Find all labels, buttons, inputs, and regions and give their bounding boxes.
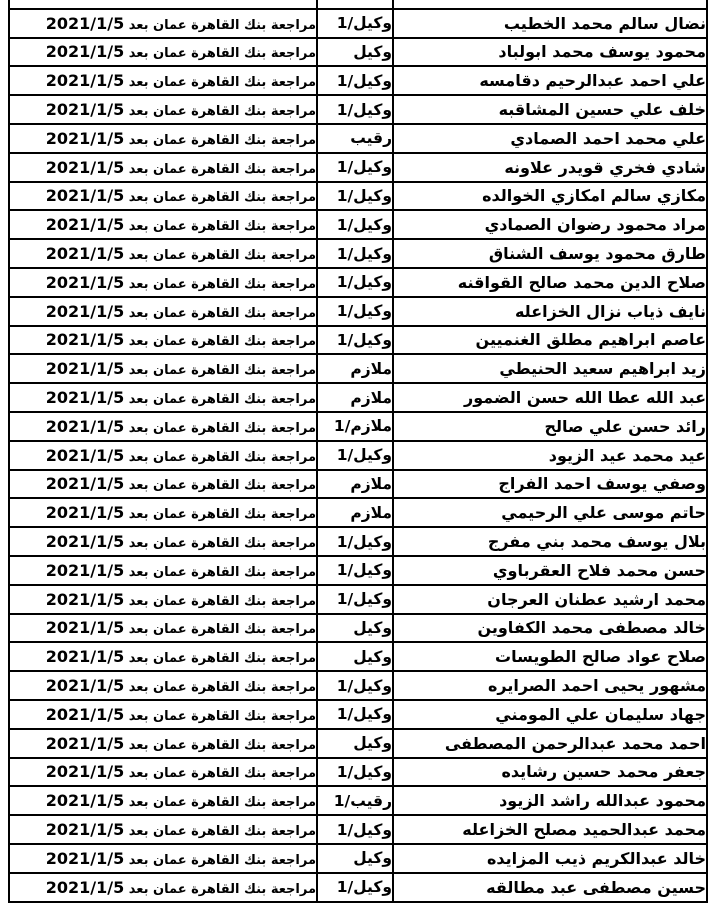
rank-cell: وكيل <box>317 729 393 758</box>
name-cell: بلال يوسف محمد بني مفرج <box>393 527 707 556</box>
note-text: مراجعة بنك القاهرة عمان بعد <box>129 680 316 695</box>
note-cell: مراجعة بنك القاهرة عمان بعد 2021/1/5 <box>9 412 317 441</box>
rank-cell: ملازم <box>317 354 393 383</box>
note-cell: مراجعة بنك القاهرة عمان بعد 2021/1/5 <box>9 268 317 297</box>
note-cell: مراجعة بنك القاهرة عمان بعد 2021/1/5 <box>9 758 317 787</box>
note-date: 2021/1/5 <box>46 14 124 33</box>
note-date: 2021/1/5 <box>46 849 124 868</box>
note-date: 2021/1/5 <box>46 791 124 810</box>
note-text: مراجعة بنك القاهرة عمان بعد <box>129 565 316 580</box>
note-text: مراجعة بنك القاهرة عمان بعد <box>129 766 316 781</box>
note-date: 2021/1/5 <box>46 762 124 781</box>
rank-cell: وكيل <box>317 614 393 643</box>
note-date: 2021/1/5 <box>46 244 124 263</box>
note-cell: مراجعة بنك القاهرة عمان بعد 2021/1/5 <box>9 527 317 556</box>
rank-cell: وكيل/1 <box>317 268 393 297</box>
name-cell: جعفر محمد حسين رشايده <box>393 758 707 787</box>
name-cell: محمد عبدالحميد مصلح الخزاعله <box>393 815 707 844</box>
table-row: محمد عبدالحميد مصلح الخزاعله وكيل/1 مراج… <box>9 815 707 844</box>
name-cell: خالد مصطفى محمد الكفاوين <box>393 614 707 643</box>
rank-cell: وكيل/1 <box>317 9 393 38</box>
name-cell: زيد ابراهيم سعيد الحنيطي <box>393 354 707 383</box>
note-cell: مراجعة بنك القاهرة عمان بعد 2021/1/5 <box>9 671 317 700</box>
note-date: 2021/1/5 <box>46 100 124 119</box>
note-text: مراجعة بنك القاهرة عمان بعد <box>129 277 316 292</box>
note-cell: مراجعة بنك القاهرة عمان بعد 2021/1/5 <box>9 124 317 153</box>
rank-cell: وكيل <box>317 38 393 67</box>
note-date: 2021/1/5 <box>46 273 124 292</box>
rank-cell <box>317 0 393 9</box>
note-cell: مراجعة بنك القاهرة عمان بعد 2021/1/5 <box>9 66 317 95</box>
name-cell: وصفي يوسف احمد الفراج <box>393 470 707 499</box>
rank-cell: وكيل/1 <box>317 758 393 787</box>
note-text: مراجعة بنك القاهرة عمان بعد <box>129 421 316 436</box>
note-text: مراجعة بنك القاهرة عمان بعد <box>129 306 316 321</box>
rank-cell: وكيل/1 <box>317 153 393 182</box>
note-text: مراجعة بنك القاهرة عمان بعد <box>129 795 316 810</box>
note-cell: مراجعة بنك القاهرة عمان بعد 2021/1/5 <box>9 326 317 355</box>
name-cell: حسن محمد فلاح العقرباوي <box>393 556 707 585</box>
note-cell: مراجعة بنك القاهرة عمان بعد 2021/1/5 <box>9 441 317 470</box>
note-cell: مراجعة بنك القاهرة عمان بعد 2021/1/5 <box>9 844 317 873</box>
note-date: 2021/1/5 <box>46 71 124 90</box>
rank-cell: وكيل/1 <box>317 527 393 556</box>
note-text: مراجعة بنك القاهرة عمان بعد <box>129 392 316 407</box>
rank-cell: ملازم <box>317 383 393 412</box>
note-date: 2021/1/5 <box>46 42 124 61</box>
table-row: نايف ذياب نزال الخزاعله وكيل/1 مراجعة بن… <box>9 297 707 326</box>
note-text: مراجعة بنك القاهرة عمان بعد <box>129 824 316 839</box>
note-text: مراجعة بنك القاهرة عمان بعد <box>129 46 316 61</box>
rank-cell: وكيل/1 <box>317 210 393 239</box>
table-row: عيد محمد عيد الزيود وكيل/1 مراجعة بنك ال… <box>9 441 707 470</box>
note-cell: مراجعة بنك القاهرة عمان بعد 2021/1/5 <box>9 700 317 729</box>
table-row: زيد ابراهيم سعيد الحنيطي ملازم مراجعة بن… <box>9 354 707 383</box>
table-row: عبد الله عطا الله حسن الضمور ملازم مراجع… <box>9 383 707 412</box>
rank-cell: وكيل/1 <box>317 441 393 470</box>
note-text: مراجعة بنك القاهرة عمان بعد <box>129 478 316 493</box>
rank-cell: وكيل/1 <box>317 182 393 211</box>
table-row: عاصم ابراهيم مطلق الغنميين وكيل/1 مراجعة… <box>9 326 707 355</box>
note-cell <box>9 0 317 9</box>
rank-cell: وكيل/1 <box>317 239 393 268</box>
note-cell: مراجعة بنك القاهرة عمان بعد 2021/1/5 <box>9 297 317 326</box>
name-cell <box>393 0 707 9</box>
table-row: مشهور يحيى احمد الصرايره وكيل/1 مراجعة ب… <box>9 671 707 700</box>
note-date: 2021/1/5 <box>46 388 124 407</box>
name-cell: حاتم موسى علي الرحيمي <box>393 498 707 527</box>
name-cell: صلاح الدين محمد صالح القواقنه <box>393 268 707 297</box>
rank-cell: وكيل <box>317 844 393 873</box>
name-cell: علي احمد عبدالرحيم دقامسه <box>393 66 707 95</box>
note-text: مراجعة بنك القاهرة عمان بعد <box>129 594 316 609</box>
note-cell: مراجعة بنك القاهرة عمان بعد 2021/1/5 <box>9 786 317 815</box>
note-date: 2021/1/5 <box>46 878 124 897</box>
table-row: محمد ارشيد عطنان العرجان وكيل/1 مراجعة ب… <box>9 585 707 614</box>
note-date: 2021/1/5 <box>46 503 124 522</box>
table-row: شادي فخري قويدر علاونه وكيل/1 مراجعة بنك… <box>9 153 707 182</box>
table-row: حسين مصطفى عبد مطالقه وكيل/1 مراجعة بنك … <box>9 873 707 902</box>
name-cell: محمود يوسف محمد ابولباد <box>393 38 707 67</box>
name-cell: عيد محمد عيد الزيود <box>393 441 707 470</box>
note-date: 2021/1/5 <box>46 590 124 609</box>
table-row: مراد محمود رضوان الصمادي وكيل/1 مراجعة ب… <box>9 210 707 239</box>
rank-cell: ملازم/1 <box>317 412 393 441</box>
table-row: محمود يوسف محمد ابولباد وكيل مراجعة بنك … <box>9 38 707 67</box>
note-text: مراجعة بنك القاهرة عمان بعد <box>129 709 316 724</box>
note-cell: مراجعة بنك القاهرة عمان بعد 2021/1/5 <box>9 614 317 643</box>
table-row: جهاد سليمان علي المومني وكيل/1 مراجعة بن… <box>9 700 707 729</box>
rank-cell: ملازم <box>317 470 393 499</box>
note-date: 2021/1/5 <box>46 561 124 580</box>
note-cell: مراجعة بنك القاهرة عمان بعد 2021/1/5 <box>9 182 317 211</box>
table-row: علي احمد عبدالرحيم دقامسه وكيل/1 مراجعة … <box>9 66 707 95</box>
rank-cell: وكيل/1 <box>317 297 393 326</box>
name-cell: عاصم ابراهيم مطلق الغنميين <box>393 326 707 355</box>
rank-cell: وكيل/1 <box>317 671 393 700</box>
rank-cell: وكيل/1 <box>317 585 393 614</box>
rank-cell: وكيل/1 <box>317 326 393 355</box>
name-cell: رائد حسن علي صالح <box>393 412 707 441</box>
name-cell: خلف علي حسين المشاقبه <box>393 95 707 124</box>
name-cell: علي محمد احمد الصمادي <box>393 124 707 153</box>
table-row: خالد مصطفى محمد الكفاوين وكيل مراجعة بنك… <box>9 614 707 643</box>
name-cell: محمد ارشيد عطنان العرجان <box>393 585 707 614</box>
note-date: 2021/1/5 <box>46 215 124 234</box>
table-row: محمود عبدالله راشد الزيود رقيب/1 مراجعة … <box>9 786 707 815</box>
table-row: وصفي يوسف احمد الفراج ملازم مراجعة بنك ا… <box>9 470 707 499</box>
name-cell: مشهور يحيى احمد الصرايره <box>393 671 707 700</box>
table-row: حسن محمد فلاح العقرباوي وكيل/1 مراجعة بن… <box>9 556 707 585</box>
table-row: احمد محمد عبدالرحمن المصطفى وكيل مراجعة … <box>9 729 707 758</box>
rank-cell: وكيل/1 <box>317 815 393 844</box>
personnel-review-table: نضال سالم محمد الخطيب وكيل/1 مراجعة بنك … <box>8 0 708 903</box>
note-date: 2021/1/5 <box>46 129 124 148</box>
name-cell: مراد محمود رضوان الصمادي <box>393 210 707 239</box>
table-body: نضال سالم محمد الخطيب وكيل/1 مراجعة بنك … <box>9 0 707 902</box>
note-date: 2021/1/5 <box>46 417 124 436</box>
note-date: 2021/1/5 <box>46 820 124 839</box>
table-row: خلف علي حسين المشاقبه وكيل/1 مراجعة بنك … <box>9 95 707 124</box>
rank-cell: وكيل/1 <box>317 873 393 902</box>
note-text: مراجعة بنك القاهرة عمان بعد <box>129 334 316 349</box>
rank-cell: وكيل/1 <box>317 66 393 95</box>
note-text: مراجعة بنك القاهرة عمان بعد <box>129 363 316 378</box>
table-row: طارق محمود يوسف الشناق وكيل/1 مراجعة بنك… <box>9 239 707 268</box>
table-row: بلال يوسف محمد بني مفرج وكيل/1 مراجعة بن… <box>9 527 707 556</box>
table-row: حاتم موسى علي الرحيمي ملازم مراجعة بنك ا… <box>9 498 707 527</box>
note-text: مراجعة بنك القاهرة عمان بعد <box>129 651 316 666</box>
name-cell: طارق محمود يوسف الشناق <box>393 239 707 268</box>
note-date: 2021/1/5 <box>46 618 124 637</box>
note-cell: مراجعة بنك القاهرة عمان بعد 2021/1/5 <box>9 38 317 67</box>
name-cell: نضال سالم محمد الخطيب <box>393 9 707 38</box>
note-text: مراجعة بنك القاهرة عمان بعد <box>129 75 316 90</box>
name-cell: محمود عبدالله راشد الزيود <box>393 786 707 815</box>
name-cell: عبد الله عطا الله حسن الضمور <box>393 383 707 412</box>
name-cell: جهاد سليمان علي المومني <box>393 700 707 729</box>
note-date: 2021/1/5 <box>46 734 124 753</box>
rank-cell: رقيب <box>317 124 393 153</box>
note-date: 2021/1/5 <box>46 474 124 493</box>
rank-cell: وكيل/1 <box>317 95 393 124</box>
note-cell: مراجعة بنك القاهرة عمان بعد 2021/1/5 <box>9 470 317 499</box>
table-row: مكازي سالم امكازي الخوالده وكيل/1 مراجعة… <box>9 182 707 211</box>
note-cell: مراجعة بنك القاهرة عمان بعد 2021/1/5 <box>9 642 317 671</box>
note-text: مراجعة بنك القاهرة عمان بعد <box>129 18 316 33</box>
name-cell: مكازي سالم امكازي الخوالده <box>393 182 707 211</box>
note-text: مراجعة بنك القاهرة عمان بعد <box>129 507 316 522</box>
note-text: مراجعة بنك القاهرة عمان بعد <box>129 133 316 148</box>
note-cell: مراجعة بنك القاهرة عمان بعد 2021/1/5 <box>9 815 317 844</box>
note-cell: مراجعة بنك القاهرة عمان بعد 2021/1/5 <box>9 354 317 383</box>
document-page: نضال سالم محمد الخطيب وكيل/1 مراجعة بنك … <box>0 0 714 917</box>
note-date: 2021/1/5 <box>46 186 124 205</box>
note-date: 2021/1/5 <box>46 359 124 378</box>
note-text: مراجعة بنك القاهرة عمان بعد <box>129 162 316 177</box>
note-text: مراجعة بنك القاهرة عمان بعد <box>129 450 316 465</box>
note-date: 2021/1/5 <box>46 330 124 349</box>
note-cell: مراجعة بنك القاهرة عمان بعد 2021/1/5 <box>9 95 317 124</box>
note-cell: مراجعة بنك القاهرة عمان بعد 2021/1/5 <box>9 239 317 268</box>
name-cell: حسين مصطفى عبد مطالقه <box>393 873 707 902</box>
table-row-partial <box>9 0 707 9</box>
note-cell: مراجعة بنك القاهرة عمان بعد 2021/1/5 <box>9 556 317 585</box>
table-row: علي محمد احمد الصمادي رقيب مراجعة بنك ال… <box>9 124 707 153</box>
note-date: 2021/1/5 <box>46 705 124 724</box>
note-date: 2021/1/5 <box>46 532 124 551</box>
note-text: مراجعة بنك القاهرة عمان بعد <box>129 536 316 551</box>
name-cell: شادي فخري قويدر علاونه <box>393 153 707 182</box>
rank-cell: وكيل/1 <box>317 700 393 729</box>
name-cell: خالد عبدالكريم ذيب المزايده <box>393 844 707 873</box>
note-text: مراجعة بنك القاهرة عمان بعد <box>129 248 316 263</box>
note-cell: مراجعة بنك القاهرة عمان بعد 2021/1/5 <box>9 873 317 902</box>
table-row: رائد حسن علي صالح ملازم/1 مراجعة بنك الق… <box>9 412 707 441</box>
note-cell: مراجعة بنك القاهرة عمان بعد 2021/1/5 <box>9 729 317 758</box>
note-date: 2021/1/5 <box>46 302 124 321</box>
rank-cell: رقيب/1 <box>317 786 393 815</box>
table-row: خالد عبدالكريم ذيب المزايده وكيل مراجعة … <box>9 844 707 873</box>
note-date: 2021/1/5 <box>46 676 124 695</box>
note-cell: مراجعة بنك القاهرة عمان بعد 2021/1/5 <box>9 383 317 412</box>
note-cell: مراجعة بنك القاهرة عمان بعد 2021/1/5 <box>9 498 317 527</box>
rank-cell: ملازم <box>317 498 393 527</box>
note-text: مراجعة بنك القاهرة عمان بعد <box>129 622 316 637</box>
note-date: 2021/1/5 <box>46 647 124 666</box>
note-text: مراجعة بنك القاهرة عمان بعد <box>129 882 316 897</box>
note-text: مراجعة بنك القاهرة عمان بعد <box>129 738 316 753</box>
note-text: مراجعة بنك القاهرة عمان بعد <box>129 853 316 868</box>
name-cell: نايف ذياب نزال الخزاعله <box>393 297 707 326</box>
rank-cell: وكيل <box>317 642 393 671</box>
note-date: 2021/1/5 <box>46 158 124 177</box>
note-date: 2021/1/5 <box>46 446 124 465</box>
name-cell: احمد محمد عبدالرحمن المصطفى <box>393 729 707 758</box>
note-text: مراجعة بنك القاهرة عمان بعد <box>129 219 316 234</box>
name-cell: صلاح عواد صالح الطويسات <box>393 642 707 671</box>
note-text: مراجعة بنك القاهرة عمان بعد <box>129 190 316 205</box>
table-row: نضال سالم محمد الخطيب وكيل/1 مراجعة بنك … <box>9 9 707 38</box>
note-cell: مراجعة بنك القاهرة عمان بعد 2021/1/5 <box>9 585 317 614</box>
table-row: صلاح عواد صالح الطويسات وكيل مراجعة بنك … <box>9 642 707 671</box>
note-cell: مراجعة بنك القاهرة عمان بعد 2021/1/5 <box>9 9 317 38</box>
table-row: صلاح الدين محمد صالح القواقنه وكيل/1 مرا… <box>9 268 707 297</box>
rank-cell: وكيل/1 <box>317 556 393 585</box>
note-cell: مراجعة بنك القاهرة عمان بعد 2021/1/5 <box>9 153 317 182</box>
table-row: جعفر محمد حسين رشايده وكيل/1 مراجعة بنك … <box>9 758 707 787</box>
note-cell: مراجعة بنك القاهرة عمان بعد 2021/1/5 <box>9 210 317 239</box>
note-text: مراجعة بنك القاهرة عمان بعد <box>129 104 316 119</box>
